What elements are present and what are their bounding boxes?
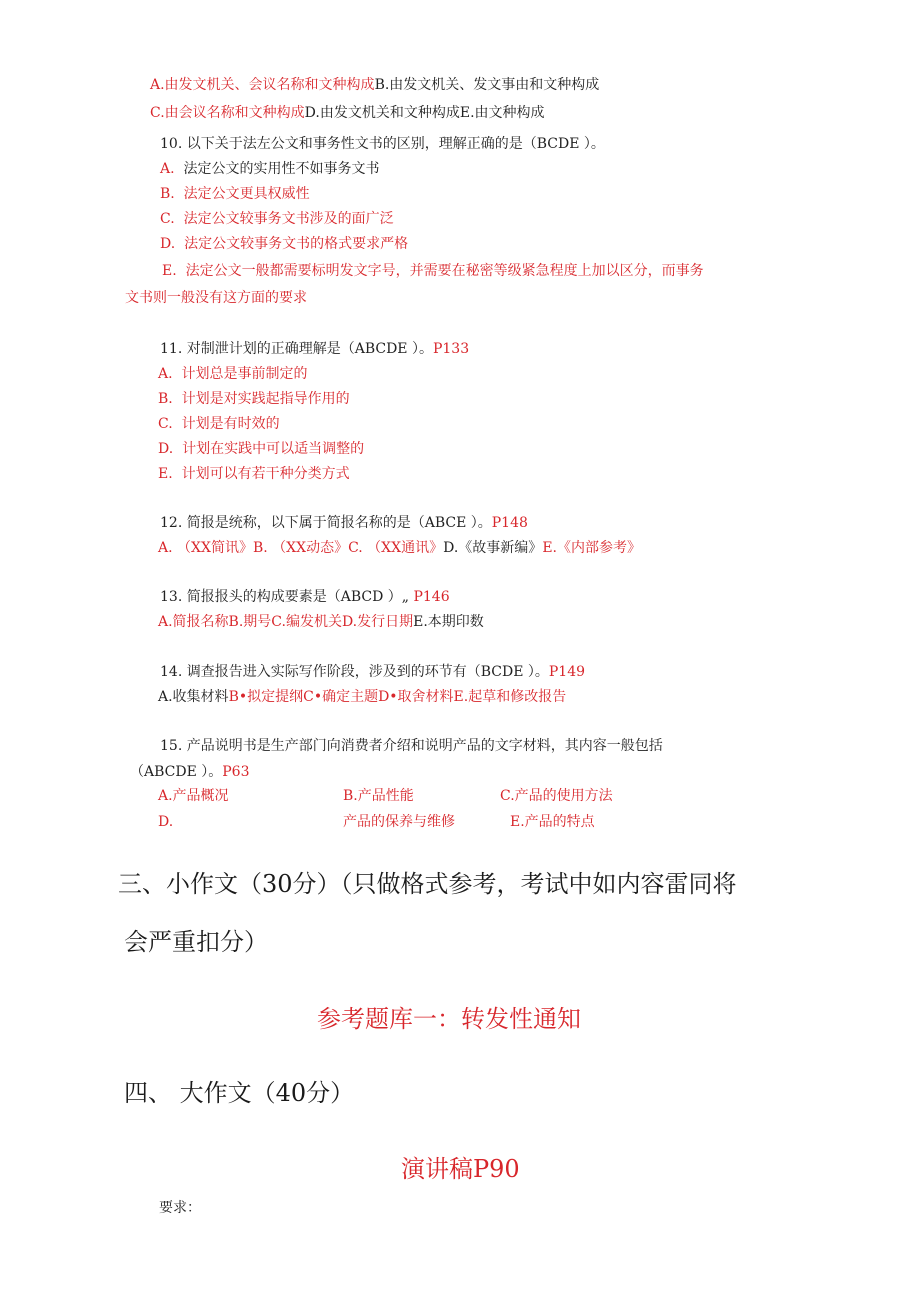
q10-option-e-continued: 文书则一般没有这方面的要求: [125, 288, 307, 308]
q11-option-d: D. 计划在实践中可以适当调整的: [158, 439, 364, 459]
q10-option-e: E. 法定公文一般都需要标明发文字号，并需要在秘密等级紧急程度上加以区分，而事务: [162, 261, 704, 281]
q13-stem: 13. 简报报头的构成要素是（ABCD ）„ P146: [160, 587, 450, 607]
section4-subtitle: 演讲稿P90: [401, 1153, 520, 1185]
q9-option-a: A.由发文机关、会议名称和文种构成: [150, 77, 375, 93]
q15-stem: 15. 产品说明书是生产部门向消费者介绍和说明产品的文字材料，其内容一般包括: [160, 736, 663, 756]
q11-page-ref: P133: [433, 341, 469, 357]
q12-page-ref: P148: [492, 515, 528, 531]
section3-heading-line1: 三、小作文（30分）（只做格式参考，考试中如内容雷同将: [118, 868, 737, 900]
q15-option-d-label: D.: [158, 812, 173, 832]
q9-option-d-e: D.由发文机关和文种构成E.由文种构成: [305, 105, 545, 121]
q12-stem: 12. 简报是统称，以下属于简报名称的是（ABCE ）。P148: [160, 513, 528, 533]
q10-option-d: D. 法定公文较事务文书的格式要求严格: [160, 234, 408, 254]
section4-heading: 四、 大作文（40分）: [124, 1077, 354, 1109]
q15-option-b: B.产品性能: [343, 786, 414, 806]
q15-option-a: A.产品概况: [158, 786, 229, 806]
q12-options: A. （XX简讯》B. （XX动态》C. （XX通讯》D.《故事新编》E.《内部…: [158, 538, 641, 558]
q15-stem-continued: （ABCDE ）。P63: [130, 762, 250, 782]
q10-option-a: A. 法定公文的实用性不如事务文书: [160, 159, 379, 179]
q9-options-line2: C.由会议名称和文种构成D.由发文机关和文种构成E.由文种构成: [150, 103, 545, 123]
section3-heading-line2: 会严重扣分）: [124, 926, 268, 958]
q15-option-c: C.产品的使用方法: [500, 786, 613, 806]
q11-stem: 11. 对制泄计划的正确理解是（ABCDE ）。P133: [160, 339, 469, 359]
q14-stem: 14. 调查报告进入实际写作阶段，涉及到的环节有（BCDE ）。P149: [160, 662, 585, 682]
q13-options: A.简报名称B.期号C.编发机关D.发行日期E.本期印数: [158, 612, 484, 632]
q11-option-e: E. 计划可以有若干种分类方式: [158, 464, 350, 484]
q9-options-line1: A.由发文机关、会议名称和文种构成B.由发文机关、发文事由和文种构成: [150, 75, 599, 95]
q10-stem: 10. 以下关于法左公文和事务性文书的区别，理解正确的是（BCDE ）。: [160, 134, 605, 154]
requirements-label: 要求：: [159, 1198, 201, 1218]
q14-page-ref: P149: [549, 664, 585, 680]
q10-option-c: C. 法定公文较事务文书涉及的面广泛: [160, 209, 394, 229]
q14-options: A.收集材料B•拟定提纲C•确定主题D•取舍材料E.起草和修改报告: [158, 687, 566, 707]
q13-page-ref: P146: [413, 589, 449, 605]
q15-option-d-text: 产品的保养与维修: [343, 812, 455, 832]
q11-option-b: B. 计划是对实践起指导作用的: [158, 389, 350, 409]
q11-option-c: C. 计划是有时效的: [158, 414, 280, 434]
q15-option-e: E.产品的特点: [510, 812, 595, 832]
q9-option-c: C.由会议名称和文种构成: [150, 105, 305, 121]
q11-option-a: A. 计划总是事前制定的: [158, 364, 307, 384]
section3-subtitle: 参考题库一：转发性通知: [317, 1003, 581, 1035]
q15-page-ref: P63: [222, 764, 249, 780]
q9-option-b: B.由发文机关、发文事由和文种构成: [375, 77, 600, 93]
q10-option-b: B. 法定公文更具权威性: [160, 184, 310, 204]
